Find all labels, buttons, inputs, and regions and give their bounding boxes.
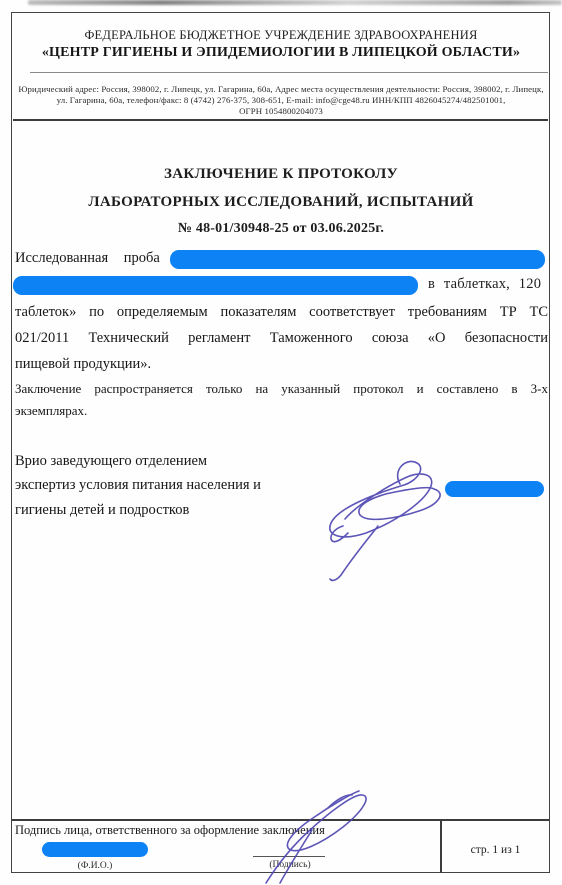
body-line-requirements: таблеток» по определяемым показателям со…	[15, 299, 548, 325]
redaction-bar-signatory-name	[445, 481, 544, 497]
body-line-food-safety: пищевой продукции».	[15, 351, 548, 377]
org-name-line2: «ЦЕНТР ГИГИЕНЫ И ЭПИДЕМИОЛОГИИ В ЛИПЕЦКО…	[14, 45, 548, 61]
letterhead-divider-thin	[30, 72, 548, 73]
redaction-bar-sample-name-2	[13, 276, 418, 295]
signatory-title-line2: экспертиз условия питания населения и	[15, 477, 315, 494]
org-name-line1: ФЕДЕРАЛЬНОЕ БЮДЖЕТНОЕ УЧРЕЖДЕНИЕ ЗДРАВОО…	[14, 28, 548, 43]
letterhead-divider-thick	[13, 119, 548, 121]
document-border-frame	[11, 12, 550, 873]
org-address-line1: Юридический адрес: Россия, 398002, г. Ли…	[14, 84, 548, 94]
redaction-bar-sample-name-1	[170, 250, 545, 269]
document-number-date: № 48-01/30948-25 от 03.06.2025г.	[14, 221, 548, 237]
scanned-document-page: ФЕДЕРАЛЬНОЕ БЮДЖЕТНОЕ УЧРЕЖДЕНИЕ ЗДРАВОО…	[0, 0, 562, 885]
fio-label: (Ф.И.О.)	[42, 861, 148, 871]
page-number: стр. 1 из 1	[442, 820, 549, 873]
org-address-line2: ул. Гагарина, 60а, телефон/факс: 8 (4742…	[14, 95, 548, 105]
document-title-line1: ЗАКЛЮЧЕНИЕ К ПРОТОКОЛУ	[14, 166, 548, 183]
document-title-line2: ЛАБОРАТОРНЫХ ИССЛЕДОВАНИЙ, ИСПЫТАНИЙ	[14, 194, 548, 211]
org-address-line3: ОГРН 1054800204073	[14, 106, 548, 116]
handwritten-signature-main	[316, 448, 464, 584]
body-line-copies: экземплярах.	[15, 400, 548, 422]
scan-artifact-smudge	[28, 0, 562, 5]
signatory-title-line3: гигиены детей и подростков	[15, 502, 315, 519]
handwritten-signature-footer	[240, 786, 382, 885]
body-line-scope: Заключение распространяется только на ук…	[15, 378, 548, 400]
body-line-tablets: в таблетках, 120	[428, 271, 550, 297]
body-line-regulation: 021/2011 Технический регламент Таможенно…	[15, 325, 548, 351]
redaction-bar-footer-name	[42, 842, 148, 857]
signatory-title-line1: Врио заведующего отделением	[15, 453, 315, 470]
